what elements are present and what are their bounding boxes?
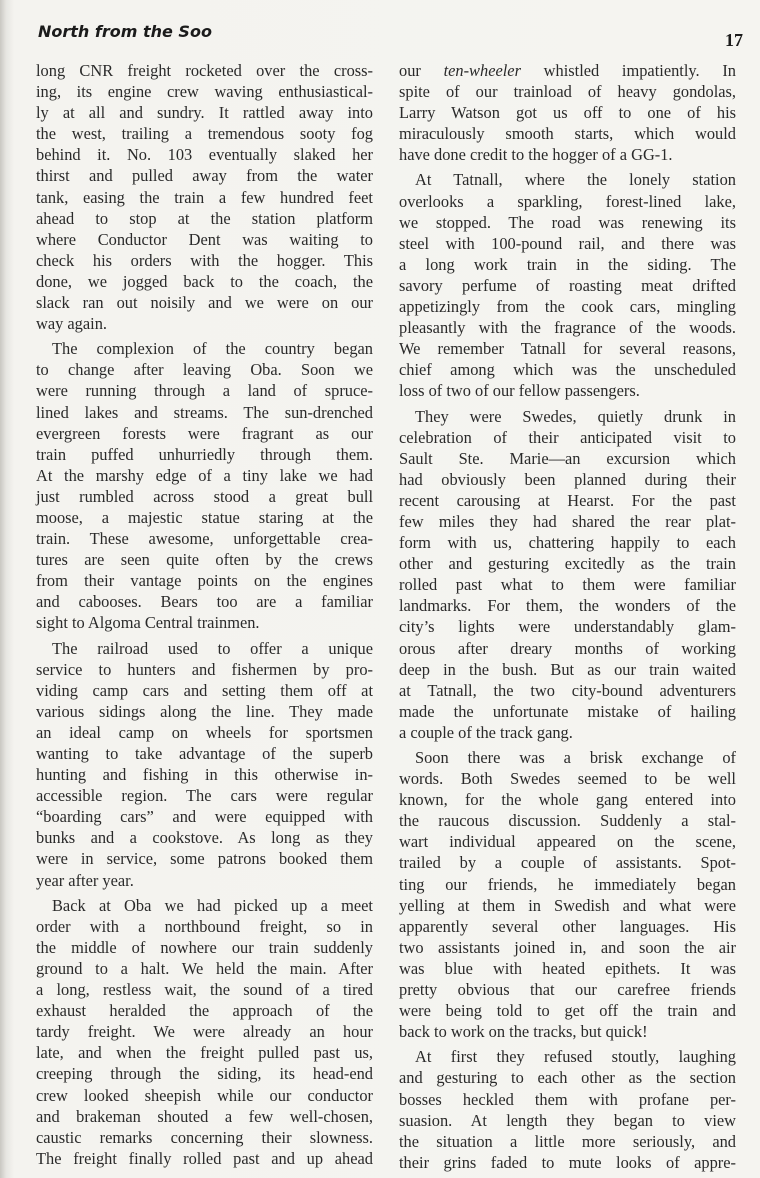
text-line: and cabooses. Bears too are a familiar (36, 591, 373, 612)
text-line: appetizingly from the cook cars, minglin… (399, 296, 736, 317)
text-line: long CNR freight rocketed over the cross… (36, 60, 373, 81)
text-line: done, we jogged back to the coach, the (36, 271, 373, 292)
paragraph: Back at Oba we had picked up a meetorder… (36, 895, 373, 1169)
paragraph: At Tatnall, where the lonely stationover… (399, 169, 736, 401)
text-line: had obviously been planned during their (399, 469, 736, 490)
text-line: our ten-wheeler whistled impatiently. In (399, 60, 736, 81)
text-line: and brakeman shouted a few well-chosen, (36, 1106, 373, 1127)
text-line: slack ran out noisily and we were on our (36, 292, 373, 313)
text-line: miraculously smooth starts, which would (399, 123, 736, 144)
text-line: an ideal camp on wheels for sportsmen (36, 722, 373, 743)
text-line: the situation a little more seriously, a… (399, 1131, 736, 1152)
text-line: overlooks a sparkling, forest-lined lake… (399, 191, 736, 212)
text-line: was blue with heated epithets. It was (399, 958, 736, 979)
text-line: year after year. (36, 870, 373, 891)
text-line: thirst and pulled away from the water (36, 165, 373, 186)
text-line: crew looked sheepish while our conductor (36, 1085, 373, 1106)
text-line: celebration of their anticipated visit t… (399, 427, 736, 448)
text-line: few miles they had shared the rear plat- (399, 511, 736, 532)
text-line: The freight finally rolled past and up a… (36, 1148, 373, 1169)
text-line: hunting and fishing in this otherwise in… (36, 764, 373, 785)
text-line: from their vantage points on the engines (36, 570, 373, 591)
text-line: Back at Oba we had picked up a meet (36, 895, 373, 916)
text-line: ing, its engine crew waving enthusiastic… (36, 81, 373, 102)
text-line: trailed by a couple of assistants. Spot- (399, 852, 736, 873)
text-line: recent carousing at Hearst. For the past (399, 490, 736, 511)
text-line: ahead to stop at the station platform (36, 208, 373, 229)
text-line: moose, a majestic statue staring at the (36, 507, 373, 528)
text-line: The complexion of the country began (36, 338, 373, 359)
text-line: late, and when the freight pulled past u… (36, 1042, 373, 1063)
text-line: were running through a land of spruce- (36, 380, 373, 401)
text-line: caustic remarks concerning their slownes… (36, 1127, 373, 1148)
paragraph: Soon there was a brisk exchange ofwords.… (399, 747, 736, 1042)
text-line: ting our friends, he immediately began (399, 874, 736, 895)
text-line: “boarding cars” and were equipped with (36, 806, 373, 827)
text-line: deep in the bush. But as our train waite… (399, 659, 736, 680)
text-line: at Tatnall, the two city-bound adventure… (399, 680, 736, 701)
text-line: known, for the whole gang entered into (399, 789, 736, 810)
text-line: were in service, some patrons booked the… (36, 848, 373, 869)
text-line: landmarks. For them, the wonders of the (399, 595, 736, 616)
text-line: Larry Watson got us off to one of his (399, 102, 736, 123)
text-line: words. Both Swedes seemed to be well (399, 768, 736, 789)
text-line: a couple of the track gang. (399, 722, 736, 743)
text-line: Sault Ste. Marie—an excursion which (399, 448, 736, 469)
text-line: suasion. At length they began to view (399, 1110, 736, 1131)
page-number: 17 (725, 30, 743, 51)
text-line: other and gesturing excitedly as the tra… (399, 553, 736, 574)
text-line: tures are seen quite often by the crews (36, 549, 373, 570)
text-line: bosses heckled them with profane per- (399, 1089, 736, 1110)
text-line: and gesturing to each other as the secti… (399, 1067, 736, 1088)
text-line: We remember Tatnall for several reasons, (399, 338, 736, 359)
text-line: They were Swedes, quietly drunk in (399, 406, 736, 427)
text-line: pretty obvious that our carefree friends (399, 979, 736, 1000)
text-line: bunks and a cookstove. As long as they (36, 827, 373, 848)
paragraph: They were Swedes, quietly drunk incelebr… (399, 406, 736, 744)
italic-term: ten-wheeler (444, 61, 521, 80)
text-line: various sidings along the line. They mad… (36, 701, 373, 722)
text-line: tardy freight. We were already an hour (36, 1021, 373, 1042)
text-line: loss of two of our fellow passengers. (399, 380, 736, 401)
text-line: just rumbled across stood a great bull (36, 486, 373, 507)
text-line: sight to Algoma Central trainmen. (36, 612, 373, 633)
text-line: wanting to take advantage of the superb (36, 743, 373, 764)
text-line: rolled past what to them were familiar (399, 574, 736, 595)
running-head-title: North from the Soo (38, 22, 212, 41)
text-line: service to hunters and fishermen by pro- (36, 659, 373, 680)
text-line: to change after leaving Oba. Soon we (36, 359, 373, 380)
right-text-column: our ten-wheeler whistled impatiently. In… (399, 60, 736, 1173)
text-line: train. These awesome, unforgettable crea… (36, 528, 373, 549)
text-line: we stopped. The road was renewing its (399, 212, 736, 233)
text-line: ly at all and sundry. It rattled away in… (36, 102, 373, 123)
text-line: train puffed unhurriedly through them. (36, 444, 373, 465)
text-line: the middle of nowhere our train suddenly (36, 937, 373, 958)
text-line: form with us, chattering happily to each (399, 532, 736, 553)
text-line: have done credit to the hogger of a GG-1… (399, 144, 736, 165)
text-line: the west, trailing a tremendous sooty fo… (36, 123, 373, 144)
text-line: apparently several other languages. His (399, 916, 736, 937)
text-line: a long, restless wait, the sound of a ti… (36, 979, 373, 1000)
text-line: two assistants joined in, and soon the a… (399, 937, 736, 958)
text-line: tank, easing the train a few hundred fee… (36, 187, 373, 208)
text-line: a long work train in the siding. The (399, 254, 736, 275)
text-line: At Tatnall, where the lonely station (399, 169, 736, 190)
text-line: where Conductor Dent was waiting to (36, 229, 373, 250)
text-line: At the marshy edge of a tiny lake we had (36, 465, 373, 486)
paragraph: long CNR freight rocketed over the cross… (36, 60, 373, 334)
text-line: back to work on the tracks, but quick! (399, 1021, 736, 1042)
text-line: The railroad used to offer a unique (36, 638, 373, 659)
text-line: exhaust heralded the approach of the (36, 1000, 373, 1021)
text-line: were being told to get off the train and (399, 1000, 736, 1021)
text-line: ground to a halt. We held the main. Afte… (36, 958, 373, 979)
text-line: chief among which was the unscheduled (399, 359, 736, 380)
paragraph: At first they refused stoutly, laughinga… (399, 1046, 736, 1173)
text-line: accessible region. The cars were regular (36, 785, 373, 806)
text-line: the raucous discussion. Suddenly a stal- (399, 810, 736, 831)
text-line: pleasantly with the fragrance of the woo… (399, 317, 736, 338)
paragraph: our ten-wheeler whistled impatiently. In… (399, 60, 736, 165)
text-line: way again. (36, 313, 373, 334)
text-line: lined lakes and streams. The sun-drenche… (36, 402, 373, 423)
left-text-column: long CNR freight rocketed over the cross… (36, 60, 373, 1169)
text-line: their grins faded to mute looks of appre… (399, 1152, 736, 1173)
paragraph: The complexion of the country beganto ch… (36, 338, 373, 633)
text-line: orous after dreary months of working (399, 638, 736, 659)
text-line: city’s lights were understandably glam- (399, 616, 736, 637)
book-page: North from the Soo 17 long CNR freight r… (0, 0, 760, 1178)
text-line: behind it. No. 103 eventually slaked her (36, 144, 373, 165)
text-line: yelling at them in Swedish and what were (399, 895, 736, 916)
text-line: made the unfortunate mistake of hailing (399, 701, 736, 722)
text-line: creeping through the siding, its head-en… (36, 1063, 373, 1084)
text-line: Soon there was a brisk exchange of (399, 747, 736, 768)
text-line: savory perfume of roasting meat drifted (399, 275, 736, 296)
text-line: At first they refused stoutly, laughing (399, 1046, 736, 1067)
text-line: order with a northbound freight, so in (36, 916, 373, 937)
text-line: viding camp cars and setting them off at (36, 680, 373, 701)
text-line: check his orders with the hogger. This (36, 250, 373, 271)
text-line: evergreen forests were fragrant as our (36, 423, 373, 444)
text-line: steel with 100-pound rail, and there was (399, 233, 736, 254)
paragraph: The railroad used to offer a uniqueservi… (36, 638, 373, 891)
text-line: spite of our trainload of heavy gondolas… (399, 81, 736, 102)
text-line: wart individual appeared on the scene, (399, 831, 736, 852)
